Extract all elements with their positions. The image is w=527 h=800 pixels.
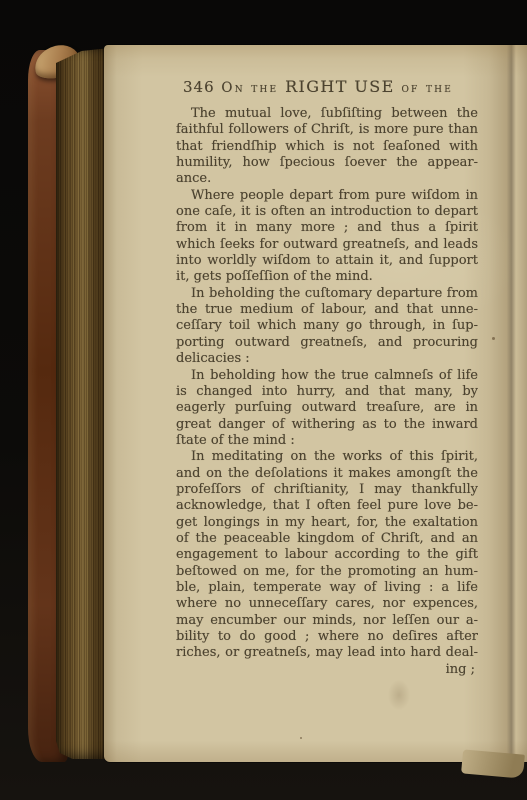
text-line: that friendſhip which is not ſeaſoned wi… bbox=[176, 139, 478, 155]
photo-of-open-book: 346 On the RIGHT USE of the The mutual l… bbox=[0, 0, 527, 800]
text-line: porting outward greatneſs, and procuring bbox=[176, 335, 478, 351]
catchword: ing ; bbox=[176, 662, 478, 678]
paragraph: The mutual love, ſubſiſting between thef… bbox=[176, 106, 478, 188]
text-line: Where people depart from pure wiſdom in bbox=[176, 188, 478, 204]
text-line: In beholding the cuſtomary departure fro… bbox=[176, 286, 478, 302]
text-line: beſtowed on me, for the promoting an hum… bbox=[176, 564, 478, 580]
text-line: profeſſors of chriſtianity, I may thankf… bbox=[176, 482, 478, 498]
text-line: may encumber our minds, nor leſſen our a… bbox=[176, 613, 478, 629]
running-title-tail: of the bbox=[401, 80, 453, 96]
bottom-corner-fold bbox=[461, 749, 525, 778]
text-line: eagerly purſuing outward treaſure, are i… bbox=[176, 400, 478, 416]
paper-speck bbox=[492, 337, 495, 340]
text-line: ceſſary toil which many go through, in ſ… bbox=[176, 318, 478, 334]
text-line: In beholding how the true calmneſs of li… bbox=[176, 368, 478, 384]
text-line: bility to do good ; where no deſires aft… bbox=[176, 629, 478, 645]
text-line: one caſe, it is often an introduction to… bbox=[176, 204, 478, 220]
text-line: into worldly wiſdom to attain it, and ſu… bbox=[176, 253, 478, 269]
text-line: In meditating on the works of this ſpiri… bbox=[176, 449, 478, 465]
book-page: 346 On the RIGHT USE of the The mutual l… bbox=[104, 45, 527, 762]
text-line: get longings in my heart, for, the exalt… bbox=[176, 515, 478, 531]
text-line: ble, plain, temperate way of living : a … bbox=[176, 580, 478, 596]
text-line: faithful followers of Chriſt, is more pu… bbox=[176, 122, 478, 138]
text-line: ſtate of the mind : bbox=[176, 433, 478, 449]
text-line: is changed into hurry, and that many, by bbox=[176, 384, 478, 400]
page-number: 346 bbox=[183, 78, 215, 96]
running-title-lead: On the bbox=[221, 80, 278, 96]
paragraph: In meditating on the works of this ſpiri… bbox=[176, 449, 478, 661]
text-line: of the peaceable kingdom of Chriſt, and … bbox=[176, 531, 478, 547]
paragraph: In beholding how the true calmneſs of li… bbox=[176, 368, 478, 450]
text-line: the true medium of labour, and that unne… bbox=[176, 302, 478, 318]
text-line: ance. bbox=[176, 171, 478, 187]
text-line: humility, how ſpecious ſoever the appear… bbox=[176, 155, 478, 171]
text-line: it, gets poſſeſſion of the mind. bbox=[176, 269, 478, 285]
printed-text-block: 346 On the RIGHT USE of the The mutual l… bbox=[176, 77, 478, 678]
text-line: delicacies : bbox=[176, 351, 478, 367]
paragraph: In beholding the cuſtomary departure fro… bbox=[176, 286, 478, 368]
running-head: 346 On the RIGHT USE of the bbox=[183, 77, 453, 96]
body-text: The mutual love, ſubſiſting between thef… bbox=[176, 106, 478, 662]
paragraph: Where people depart from pure wiſdom ino… bbox=[176, 188, 478, 286]
text-line: which ſeeks for outward greatneſs, and l… bbox=[176, 237, 478, 253]
running-title-emphasis: RIGHT USE bbox=[285, 77, 395, 96]
text-line: The mutual love, ſubſiſting between the bbox=[176, 106, 478, 122]
text-line: acknowledge, that I often feel pure love… bbox=[176, 498, 478, 514]
text-line: great danger of withering as to the inwa… bbox=[176, 417, 478, 433]
text-line: and on the deſolations it makes amongſt … bbox=[176, 466, 478, 482]
text-line: riches, or greatneſs, may lead into hard… bbox=[176, 645, 478, 661]
text-line: where no unneceſſary cares, nor expences… bbox=[176, 596, 478, 612]
text-line: engagement to labour according to the gi… bbox=[176, 547, 478, 563]
text-line: from it in many more ; and thus a ſpirit bbox=[176, 220, 478, 236]
paper-speck bbox=[300, 737, 302, 739]
